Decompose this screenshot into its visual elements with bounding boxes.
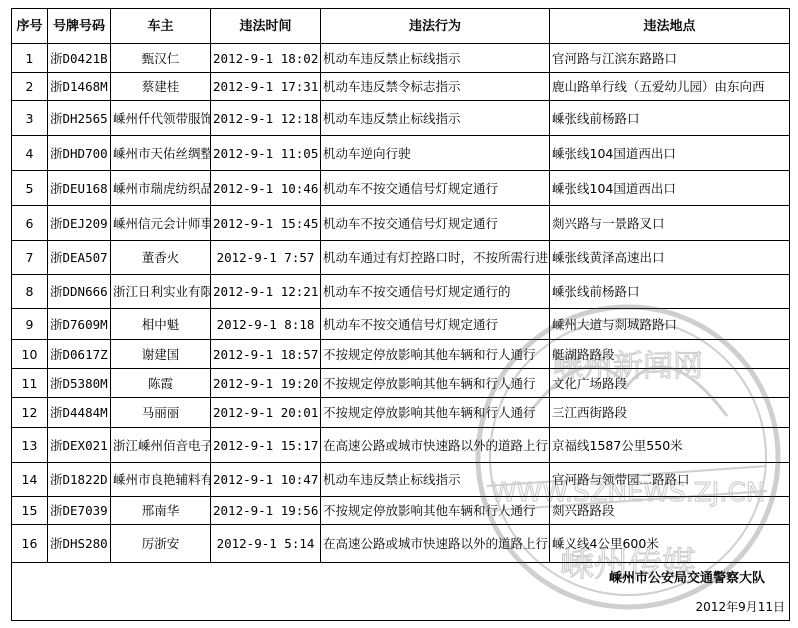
cell-offense: 不按规定停放影响其他车辆和行人通行 [321, 398, 550, 428]
cell-offense: 不按规定停放影响其他车辆和行人通行 [321, 369, 550, 398]
cell-owner: 浙江日利实业有限公司 [111, 275, 211, 309]
cell-time: 2012-9-1 11:05 [211, 136, 321, 171]
cell-number: 7 [12, 241, 48, 275]
cell-time: 2012-9-1 17:31 [211, 73, 321, 101]
cell-location: 官河路与领带园二路路口 [550, 463, 790, 497]
cell-number: 12 [12, 398, 48, 428]
cell-number: 11 [12, 369, 48, 398]
cell-plate: 浙DEU168 [48, 171, 111, 206]
column-header-offense: 违法行为 [321, 9, 550, 44]
cell-number: 9 [12, 309, 48, 340]
violation-table: 序号 号牌号码 车主 违法时间 违法行为 违法地点 1 浙D0421B 甄汉仁 … [11, 8, 790, 621]
cell-owner: 厉浙安 [111, 525, 211, 563]
table-row: 16 浙DHS280 厉浙安 2012-9-1 5:14 在高速公路或城市快速路… [12, 525, 790, 563]
cell-location: 嵊张线前杨路口 [550, 275, 790, 309]
cell-location: 嵊张线104国道西出口 [550, 136, 790, 171]
cell-time: 2012-9-1 19:20 [211, 369, 321, 398]
cell-owner: 邢南华 [111, 497, 211, 525]
cell-location: 三江西街路段 [550, 398, 790, 428]
cell-number: 3 [12, 101, 48, 136]
cell-location: 剡兴路与一景路叉口 [550, 206, 790, 241]
cell-plate: 浙D4484M [48, 398, 111, 428]
cell-time: 2012-9-1 18:57 [211, 340, 321, 369]
cell-owner: 甄汉仁 [111, 44, 211, 73]
column-header-owner: 车主 [111, 9, 211, 44]
cell-time: 2012-9-1 10:46 [211, 171, 321, 206]
table-row: 5 浙DEU168 嵊州市瑞虎纺织品有限公司 2012-9-1 10:46 机动… [12, 171, 790, 206]
cell-location: 剡兴路路段 [550, 497, 790, 525]
table-row: 12 浙D4484M 马丽丽 2012-9-1 20:01 不按规定停放影响其他… [12, 398, 790, 428]
table-header-row: 序号 号牌号码 车主 违法时间 违法行为 违法地点 [12, 9, 790, 44]
cell-owner: 嵊州仟代领带服饰有限公司 [111, 101, 211, 136]
cell-offense: 机动车逆向行驶 [321, 136, 550, 171]
column-header-time: 违法时间 [211, 9, 321, 44]
cell-time: 2012-9-1 20:01 [211, 398, 321, 428]
cell-owner: 蔡建桂 [111, 73, 211, 101]
cell-offense: 机动车违反禁令标志指示 [321, 73, 550, 101]
column-header-location: 违法地点 [550, 9, 790, 44]
cell-location: 文化广场路段 [550, 369, 790, 398]
cell-plate: 浙D1468M [48, 73, 111, 101]
issuer-name: 嵊州市公安局交通警察大队 [609, 571, 765, 586]
cell-location: 嵊张线前杨路口 [550, 101, 790, 136]
cell-owner: 嵊州市良艳辅料有限公司 [111, 463, 211, 497]
cell-location: 官河路与江滨东路路口 [550, 44, 790, 73]
table-row: 13 浙DEX021 浙江嵊州佰音电子有限公司 2012-9-1 15:17 在… [12, 428, 790, 463]
table-row: 15 浙DE7039 邢南华 2012-9-1 19:56 不按规定停放影响其他… [12, 497, 790, 525]
cell-time: 2012-9-1 18:02 [211, 44, 321, 73]
cell-offense: 机动车违反禁止标线指示 [321, 44, 550, 73]
cell-offense: 机动车通过有灯控路口时，不按所需行进方向驶入导向车道 [321, 241, 550, 275]
cell-time: 2012-9-1 7:57 [211, 241, 321, 275]
cell-offense: 不按规定停放影响其他车辆和行人通行 [321, 340, 550, 369]
cell-number: 13 [12, 428, 48, 463]
cell-offense: 机动车不按交通信号灯规定通行 [321, 171, 550, 206]
cell-location: 艇湖路路段 [550, 340, 790, 369]
cell-offense: 机动车违反禁止标线指示 [321, 463, 550, 497]
cell-plate: 浙DEJ209 [48, 206, 111, 241]
cell-offense: 机动车违反禁止标线指示 [321, 101, 550, 136]
cell-plate: 浙DEA507 [48, 241, 111, 275]
cell-plate: 浙D5380M [48, 369, 111, 398]
cell-time: 2012-9-1 15:45 [211, 206, 321, 241]
column-header-number: 序号 [12, 9, 48, 44]
cell-owner: 浙江嵊州佰音电子有限公司 [111, 428, 211, 463]
column-header-plate: 号牌号码 [48, 9, 111, 44]
cell-location: 鹿山路单行线（五爱幼儿园）由东向西 [550, 73, 790, 101]
cell-time: 2012-9-1 12:21 [211, 275, 321, 309]
table-row: 2 浙D1468M 蔡建桂 2012-9-1 17:31 机动车违反禁令标志指示… [12, 73, 790, 101]
cell-number: 8 [12, 275, 48, 309]
cell-location: 嵊州大道与剡城路路口 [550, 309, 790, 340]
cell-location: 嵊张线黄泽高速出口 [550, 241, 790, 275]
cell-offense: 机动车不按交通信号灯规定通行 [321, 206, 550, 241]
cell-plate: 浙DH2565 [48, 101, 111, 136]
cell-location: 嵊张线104国道西出口 [550, 171, 790, 206]
cell-time: 2012-9-1 12:18 [211, 101, 321, 136]
table-row: 9 浙D7609M 相中魁 2012-9-1 8:18 机动车不按交通信号灯规定… [12, 309, 790, 340]
footer-cell: 嵊州市公安局交通警察大队 2012年9月11日 [12, 563, 790, 621]
footer-row: 嵊州市公安局交通警察大队 2012年9月11日 [12, 563, 790, 621]
cell-number: 16 [12, 525, 48, 563]
cell-plate: 浙DHD700 [48, 136, 111, 171]
cell-plate: 浙D0617Z [48, 340, 111, 369]
cell-number: 2 [12, 73, 48, 101]
cell-offense: 在高速公路或城市快速路以外的道路上行驶时，驾驶人未按规定使用安全带 [321, 525, 550, 563]
cell-number: 14 [12, 463, 48, 497]
cell-number: 1 [12, 44, 48, 73]
cell-plate: 浙DEX021 [48, 428, 111, 463]
cell-time: 2012-9-1 19:56 [211, 497, 321, 525]
cell-number: 4 [12, 136, 48, 171]
cell-offense: 在高速公路或城市快速路以外的道路上行驶时，驾驶人未按规定使用安全带 [321, 428, 550, 463]
cell-number: 5 [12, 171, 48, 206]
cell-owner: 嵊州市天佑丝绸整业有限公司 [111, 136, 211, 171]
cell-time: 2012-9-1 5:14 [211, 525, 321, 563]
cell-location: 嵊义线4公里600米 [550, 525, 790, 563]
cell-plate: 浙D7609M [48, 309, 111, 340]
cell-owner: 谢建国 [111, 340, 211, 369]
table-row: 14 浙D1822D 嵊州市良艳辅料有限公司 2012-9-1 10:47 机动… [12, 463, 790, 497]
table-row: 4 浙DHD700 嵊州市天佑丝绸整业有限公司 2012-9-1 11:05 机… [12, 136, 790, 171]
table-row: 6 浙DEJ209 嵊州信元会计师事务所有限公司 2012-9-1 15:45 … [12, 206, 790, 241]
cell-offense: 不按规定停放影响其他车辆和行人通行 [321, 497, 550, 525]
cell-owner: 董香火 [111, 241, 211, 275]
table-row: 8 浙DDN666 浙江日利实业有限公司 2012-9-1 12:21 机动车不… [12, 275, 790, 309]
cell-owner: 陈霞 [111, 369, 211, 398]
table-row: 1 浙D0421B 甄汉仁 2012-9-1 18:02 机动车违反禁止标线指示… [12, 44, 790, 73]
cell-owner: 嵊州市瑞虎纺织品有限公司 [111, 171, 211, 206]
cell-location: 京福线1587公里550米 [550, 428, 790, 463]
cell-plate: 浙D0421B [48, 44, 111, 73]
cell-number: 10 [12, 340, 48, 369]
cell-owner: 马丽丽 [111, 398, 211, 428]
table-row: 11 浙D5380M 陈霞 2012-9-1 19:20 不按规定停放影响其他车… [12, 369, 790, 398]
table-row: 3 浙DH2565 嵊州仟代领带服饰有限公司 2012-9-1 12:18 机动… [12, 101, 790, 136]
cell-time: 2012-9-1 8:18 [211, 309, 321, 340]
cell-time: 2012-9-1 15:17 [211, 428, 321, 463]
cell-offense: 机动车不按交通信号灯规定通行的 [321, 275, 550, 309]
cell-plate: 浙DDN666 [48, 275, 111, 309]
cell-number: 15 [12, 497, 48, 525]
issue-date: 2012年9月11日 [696, 600, 785, 615]
cell-plate: 浙DHS280 [48, 525, 111, 563]
cell-owner: 嵊州信元会计师事务所有限公司 [111, 206, 211, 241]
cell-offense: 机动车不按交通信号灯规定通行 [321, 309, 550, 340]
table-row: 10 浙D0617Z 谢建国 2012-9-1 18:57 不按规定停放影响其他… [12, 340, 790, 369]
table-row: 7 浙DEA507 董香火 2012-9-1 7:57 机动车通过有灯控路口时，… [12, 241, 790, 275]
cell-plate: 浙DE7039 [48, 497, 111, 525]
cell-time: 2012-9-1 10:47 [211, 463, 321, 497]
cell-number: 6 [12, 206, 48, 241]
cell-owner: 相中魁 [111, 309, 211, 340]
cell-plate: 浙D1822D [48, 463, 111, 497]
